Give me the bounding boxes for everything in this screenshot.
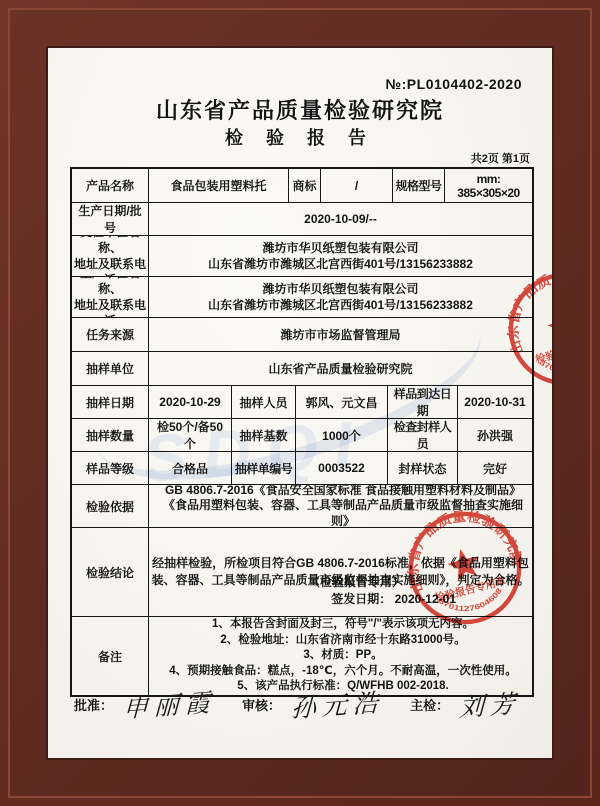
trademark-label: 商标: [288, 169, 320, 202]
frame-ridge: SDQI №:PL0104402-2020 山东省产品质量检验研究院 检 验 报…: [8, 8, 592, 798]
svg-text:3701127604608: 3701127604608: [536, 342, 552, 382]
chief-inspector-signature: 刘芳: [459, 684, 522, 725]
table-row-sampling: 抽样日期 2020-10-29 抽样人员 郭风、元文昌 样品到达日期 2020-…: [72, 385, 532, 418]
table-row-sampling-org: 抽样单位 山东省产品质量检验研究院: [72, 351, 532, 385]
sampler-label: 抽样人员: [231, 386, 295, 418]
sampling-date-label: 抽样日期: [72, 386, 148, 418]
signature-row: 批准： 申丽霞 审核： 孙元浩 主检： 刘芳: [72, 686, 530, 722]
sealer-label: 检查封样人员: [387, 419, 457, 451]
frame-inner-edge: SDQI №:PL0104402-2020 山东省产品质量检验研究院 检 验 报…: [46, 46, 554, 760]
basis-label: 检验依据: [72, 485, 148, 527]
report-table: 产品名称 食品包装用塑料托 商标 / 规格型号 mm: 385×305×20 生…: [70, 167, 534, 697]
remark-line: 2、检验地址：山东省济南市经十东路31000号。: [220, 633, 465, 649]
base-value: 1000个: [295, 419, 387, 451]
table-row-conclusion: 检验结论 经抽样检验，所检项目符合GB 4806.7-2016标准，依据《食品用…: [72, 527, 532, 616]
quantity-value: 检50个/备50个: [148, 419, 231, 451]
table-row-batch: 生产日期/批号 2020-10-09/--: [72, 202, 532, 235]
table-row-product: 产品名称 食品包装用塑料托 商标 / 规格型号 mm: 385×305×20: [72, 169, 532, 202]
table-row-producer-unit: 生产单位名称、 地址及联系电话 潍坊市华贝纸塑包装有限公司 山东省潍坊市潍城区北…: [72, 276, 532, 317]
inspected-unit-label: 受检单位名称、 地址及联系电话: [72, 236, 148, 276]
table-row-remarks: 备注 1、本报告含封面及封三，符号"/"表示该项无内容。 2、检验地址：山东省济…: [72, 616, 532, 695]
approver-signature: 申丽霞: [122, 683, 216, 726]
producer-company: 潍坊市华贝纸塑包装有限公司: [262, 281, 418, 297]
inspected-company: 潍坊市华贝纸塑包装有限公司: [262, 240, 418, 256]
chief-inspector-group: 主检： 刘芳: [410, 686, 521, 722]
sampling-org-value: 山东省产品质量检验研究院: [148, 352, 532, 385]
picture-frame: SDQI №:PL0104402-2020 山东省产品质量检验研究院 检 验 报…: [0, 0, 600, 806]
spec-value: mm: 385×305×20: [444, 169, 532, 202]
table-row-inspected-unit: 受检单位名称、 地址及联系电话 潍坊市华贝纸塑包装有限公司 山东省潍坊市潍城区北…: [72, 235, 532, 276]
star-icon: [545, 306, 552, 344]
batch-label: 生产日期/批号: [72, 203, 148, 235]
sheet-no-label: 抽样单编号: [231, 452, 295, 484]
approver-label: 批准：: [74, 695, 113, 714]
remark-line: 1、本报告含封面及封三，符号"/"表示该项无内容。: [212, 617, 474, 633]
product-name-value: 食品包装用塑料托: [148, 169, 288, 202]
table-row-grade: 样品等级 合格品 抽样单编号 0003522 封样状态 完好: [72, 451, 532, 484]
product-name-label: 产品名称: [72, 169, 148, 202]
table-row-quantity: 抽样数量 检50个/备50个 抽样基数 1000个 检查封样人员 孙洪强: [72, 418, 532, 451]
sampler-value: 郭风、元文昌: [295, 386, 387, 418]
organization-title: 山东省产品质量检验研究院: [48, 94, 552, 125]
remarks-label: 备注: [72, 617, 148, 695]
table-row-basis: 检验依据 GB 4806.7-2016《食品安全国家标准 食品接触用塑料材料及制…: [72, 484, 532, 527]
sampling-date-value: 2020-10-29: [148, 386, 231, 418]
spec-label: 规格型号: [392, 169, 444, 202]
reviewer-group: 审核： 孙元浩: [242, 686, 384, 722]
trademark-value: /: [320, 169, 392, 202]
inspected-unit-value: 潍坊市华贝纸塑包装有限公司 山东省潍坊市潍城区北宫西街401号/13156233…: [148, 236, 532, 276]
arrival-date-value: 2020-10-31: [457, 386, 532, 418]
report-title: 检 验 报 告: [48, 124, 552, 150]
sampling-org-label: 抽样单位: [72, 352, 148, 385]
task-source-value: 潍坊市市场监督管理局: [148, 318, 532, 351]
sheet-no-value: 0003522: [295, 452, 387, 484]
base-label: 抽样基数: [231, 419, 295, 451]
basis-value: GB 4806.7-2016《食品安全国家标准 食品接触用塑料材料及制品》 《食…: [148, 485, 532, 527]
frame-main: SDQI №:PL0104402-2020 山东省产品质量检验研究院 检 验 报…: [10, 10, 590, 796]
arrival-date-label: 样品到达日期: [387, 386, 457, 418]
seal-state-value: 完好: [457, 452, 532, 484]
task-source-label: 任务来源: [72, 318, 148, 351]
report-number: №:PL0104402-2020: [386, 76, 522, 92]
chief-inspector-label: 主检：: [410, 695, 449, 714]
producer-address: 山东省潍坊市潍城区北宫西街401号/13156233882: [208, 297, 473, 313]
seal-center-label: 检验报告专用章: [534, 334, 552, 366]
batch-value: 2020-10-09/--: [148, 203, 532, 235]
quantity-label: 抽样数量: [72, 419, 148, 451]
remark-line: 3、材质：PP。: [303, 648, 382, 664]
conclusion-label: 检验结论: [72, 528, 148, 616]
seal-note-text: （检验报告专用）: [308, 574, 404, 591]
seal-number: 3701127604608: [536, 342, 552, 382]
page-count: 共2页 第1页: [471, 150, 530, 166]
approver-group: 批准： 申丽霞: [74, 686, 216, 722]
table-row-task-source: 任务来源 潍坊市市场监督管理局: [72, 317, 532, 351]
conclusion-value: 经抽样检验，所检项目符合GB 4806.7-2016标准，依据《食品用塑料包装、…: [148, 528, 532, 616]
reviewer-label: 审核：: [242, 695, 281, 714]
sealer-value: 孙洪强: [457, 419, 532, 451]
grade-value: 合格品: [148, 452, 231, 484]
sign-date-text: 签发日期： 2020-12-01: [331, 591, 456, 608]
reviewer-signature: 孙元浩: [291, 683, 385, 726]
producer-unit-value: 潍坊市华贝纸塑包装有限公司 山东省潍坊市潍城区北宫西街401号/13156233…: [148, 277, 532, 317]
inspected-address: 山东省潍坊市潍城区北宫西街401号/13156233882: [208, 256, 473, 272]
remark-line: 4、预期接触食品：糕点，-18℃，六个月。不耐高温，一次性使用。: [169, 664, 516, 680]
producer-unit-label: 生产单位名称、 地址及联系电话: [72, 277, 148, 317]
seal-state-label: 封样状态: [387, 452, 457, 484]
grade-label: 样品等级: [72, 452, 148, 484]
report-page: SDQI №:PL0104402-2020 山东省产品质量检验研究院 检 验 报…: [48, 48, 552, 758]
